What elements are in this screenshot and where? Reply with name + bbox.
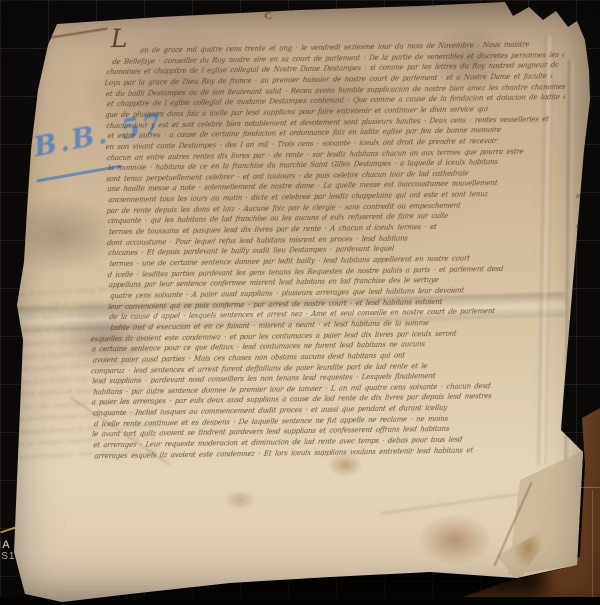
manuscript-text-block: L an de grace mil quatre cens trente et … (0, 0, 600, 605)
mat-grid-line (592, 490, 593, 600)
photo-scene: HA RS1 7· novembre 1431 · Ɛ B.B. 57 an d… (0, 0, 600, 605)
mat-label-bottom: RS1 (0, 551, 15, 562)
parchment-document: 7· novembre 1431 · Ɛ B.B. 57 an de grace… (0, 0, 600, 605)
mat-reference-label: HA RS1 (0, 540, 15, 562)
mat-label-top: HA (0, 540, 15, 551)
opening-initial-letter: L (111, 24, 128, 53)
